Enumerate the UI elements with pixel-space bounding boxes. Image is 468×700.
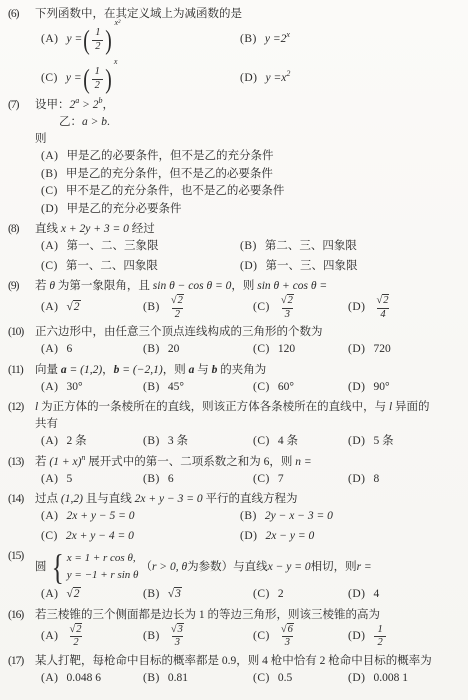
option-content: y = 2x bbox=[265, 31, 290, 49]
option-content: 90° bbox=[373, 379, 389, 397]
sqrt-fraction: √22 bbox=[169, 295, 186, 321]
math-text: y = bbox=[66, 31, 82, 49]
option-content: 4 条 bbox=[278, 433, 298, 451]
text: 经过 bbox=[129, 223, 155, 235]
option-content: 3 条 bbox=[168, 433, 188, 451]
question: (10)正六边形中，由任意三个顶点连线构成的三角形的个数为(A)6(B)20(C… bbox=[8, 324, 462, 359]
fraction-numerator: √3 bbox=[169, 624, 186, 637]
option-label: (D) bbox=[240, 258, 257, 276]
radical-sign-icon: √ bbox=[281, 295, 287, 306]
option-content: 720 bbox=[373, 341, 390, 359]
option-label: (A) bbox=[41, 471, 58, 489]
fraction-denominator: 2 bbox=[92, 79, 103, 93]
text: 0.048 6 bbox=[66, 670, 101, 688]
option: (A)6 bbox=[41, 341, 143, 359]
option: (C)√23 bbox=[253, 295, 348, 321]
fraction-numerator: 1 bbox=[375, 624, 384, 637]
option: (D)甲是乙的充分必要条件 bbox=[41, 201, 462, 219]
radicand: 2 bbox=[287, 294, 294, 306]
question-body: 过点 (1,2) 且与直线 2x + y − 3 = 0 平行的直线方程为(A)… bbox=[35, 491, 462, 545]
option-label: (D) bbox=[240, 70, 257, 88]
question-number: (15) bbox=[8, 548, 35, 604]
option-content: 甲是乙的必要条件，但不是乙的充分条件 bbox=[66, 148, 273, 166]
option: (B)2y − x − 3 = 0 bbox=[240, 508, 462, 526]
power-expression: 2a bbox=[70, 99, 80, 111]
text: 7 bbox=[278, 471, 284, 489]
math-text: 2y − x − 3 = 0 bbox=[265, 508, 333, 526]
option-content: 2 条 bbox=[66, 433, 86, 451]
sqrt-expression: √2 bbox=[376, 294, 389, 306]
sqrt-expression: √3 bbox=[168, 586, 182, 604]
text: 4 bbox=[373, 586, 379, 604]
sqrt-expression: √2 bbox=[66, 586, 80, 604]
math-text: 2x + y − 5 = 0 bbox=[66, 508, 134, 526]
radicand: 2 bbox=[73, 587, 81, 600]
text: 5 条 bbox=[373, 433, 393, 451]
sqrt-fraction: √63 bbox=[279, 624, 296, 650]
sqrt-expression: √3 bbox=[171, 623, 184, 635]
text: 60° bbox=[278, 379, 294, 397]
right-paren-icon: ) bbox=[105, 64, 111, 94]
equation-rows: x = 1 + r cos θ,y = −1 + r sin θ bbox=[67, 550, 139, 584]
power-expression: x2 bbox=[281, 70, 290, 88]
text: 120 bbox=[278, 341, 295, 359]
option-label: (D) bbox=[348, 341, 365, 359]
fraction-numerator: 1 bbox=[93, 27, 102, 40]
options-group: (A)第一、二、三象限(B)第二、三、四象限(C)第一、二、四象限(D)第一、三… bbox=[35, 238, 462, 275]
option-content: √22 bbox=[168, 295, 187, 321]
option-content: 30° bbox=[66, 379, 82, 397]
math-text: x + 2y + 3 = 0 bbox=[61, 223, 129, 235]
option-label: (B) bbox=[143, 299, 160, 317]
math-text: > bbox=[79, 99, 93, 111]
question-number: (9) bbox=[8, 278, 35, 321]
text: 第一、二、三象限 bbox=[66, 238, 158, 256]
fraction-numerator: √2 bbox=[374, 295, 391, 308]
option: (D)8 bbox=[348, 471, 462, 489]
text: 甲是乙的充分条件，但不是乙的必要条件 bbox=[66, 166, 273, 184]
option-label: (A) bbox=[41, 508, 58, 526]
text: 第一、二、四象限 bbox=[66, 258, 158, 276]
text: 0.81 bbox=[168, 670, 188, 688]
text: 45° bbox=[168, 379, 184, 397]
fraction: 12 bbox=[374, 624, 385, 650]
option-content: 45° bbox=[168, 379, 184, 397]
option-label: (D) bbox=[348, 471, 365, 489]
text: 乙： bbox=[59, 116, 82, 128]
option: (C)2 bbox=[253, 586, 348, 604]
question-stem: 若三棱锥的三个侧面都是边长为 1 的等边三角形，则该三棱锥的高为 bbox=[35, 607, 462, 624]
text: 向量 bbox=[35, 364, 61, 376]
question: (13)若 (1 + x)n 展开式中的第一、二项系数之和为 6，则 n =(A… bbox=[8, 454, 462, 489]
question: (16)若三棱锥的三个侧面都是边长为 1 的等边三角形，则该三棱锥的高为(A)√… bbox=[8, 607, 462, 650]
option: (D)720 bbox=[348, 341, 462, 359]
text: 8 bbox=[373, 471, 379, 489]
option-content: 5 bbox=[66, 471, 72, 489]
left-paren-icon: ( bbox=[83, 25, 89, 55]
radical-sign-icon: √ bbox=[171, 295, 177, 306]
text: 第一、三、四象限 bbox=[265, 258, 357, 276]
option-label: (C) bbox=[41, 258, 58, 276]
math-text: sin θ + cos θ = bbox=[257, 280, 327, 292]
sqrt-expression: √2 bbox=[69, 623, 82, 635]
option: (C)120 bbox=[253, 341, 348, 359]
option-label: (D) bbox=[348, 299, 365, 317]
option-content: 0.048 6 bbox=[66, 670, 101, 688]
option-content: 第二、三、四象限 bbox=[265, 238, 357, 256]
question: (11)向量 a = (1,2)，b = (−2,1)，则 a 与 b 的夹角为… bbox=[8, 362, 462, 397]
text: 为正方体的一条棱所在的直线，则该正方体各条棱所在的直线中，与 bbox=[38, 401, 389, 413]
text: 甲是乙的必要条件，但不是乙的充分条件 bbox=[66, 148, 273, 166]
option-label: (B) bbox=[240, 508, 257, 526]
text: 相切，则 bbox=[311, 559, 357, 576]
question-stem: 正六边形中，由任意三个顶点连线构成的三角形的个数为 bbox=[35, 324, 462, 341]
equation-row: y = −1 + r sin θ bbox=[67, 567, 139, 584]
sqrt-expression: √6 bbox=[281, 623, 294, 635]
radical-sign-icon: √ bbox=[66, 588, 72, 600]
math-text: x − y = 0 bbox=[268, 559, 311, 576]
option-content: y = (12)x bbox=[66, 64, 118, 94]
option: (D)90° bbox=[348, 379, 462, 397]
fraction-denominator: 2 bbox=[374, 636, 385, 650]
options-group: (A)√2(B)√22(C)√23(D)√24 bbox=[35, 295, 462, 321]
option: (D)12 bbox=[348, 624, 462, 650]
option: (A)0.048 6 bbox=[41, 670, 143, 688]
option-content: √22 bbox=[66, 624, 85, 650]
option-label: (D) bbox=[348, 670, 365, 688]
radicand: 3 bbox=[177, 623, 184, 635]
text: 与 bbox=[194, 364, 211, 376]
option: (A)30° bbox=[41, 379, 143, 397]
text: 直线 bbox=[35, 223, 61, 235]
radical-sign-icon: √ bbox=[171, 624, 177, 635]
sqrt-expression: √2 bbox=[171, 294, 184, 306]
text: 共有 bbox=[35, 418, 58, 430]
question-number: (17) bbox=[8, 653, 35, 688]
options-group: (A)y = (12)x²(B)y = 2x(C)y = (12)x(D)y =… bbox=[35, 25, 462, 94]
text: ，则 bbox=[163, 364, 189, 376]
option-content: 7 bbox=[278, 471, 284, 489]
fraction-numerator: √2 bbox=[169, 295, 186, 308]
text: 第二、三、四象限 bbox=[265, 238, 357, 256]
text: 2 条 bbox=[66, 433, 86, 451]
text: 5 bbox=[66, 471, 72, 489]
option-label: (D) bbox=[348, 433, 365, 451]
math-text: sin θ − cos θ = 0 bbox=[153, 280, 232, 292]
option-content: 甲是乙的充分条件，但不是乙的必要条件 bbox=[66, 166, 273, 184]
option-label: (D) bbox=[348, 628, 365, 646]
math-text: r > 0, θ bbox=[152, 559, 187, 576]
options-group: (A)30°(B)45°(C)60°(D)90° bbox=[35, 379, 462, 397]
math-text: = (1,2) bbox=[67, 364, 103, 376]
fraction-denominator: 3 bbox=[282, 636, 293, 650]
option: (A)甲是乙的必要条件，但不是乙的充分条件 bbox=[41, 148, 462, 166]
text: 下列函数中，在其定义域上为减函数的是 bbox=[35, 8, 242, 20]
option: (A)√2 bbox=[41, 586, 143, 604]
option-content: y = (12)x² bbox=[66, 25, 120, 55]
option: (C)y = (12)x bbox=[41, 64, 240, 94]
options-group: (A)5(B)6(C)7(D)8 bbox=[35, 471, 462, 489]
option-label: (B) bbox=[41, 166, 58, 184]
text: 2 bbox=[278, 586, 284, 604]
text: 20 bbox=[168, 341, 180, 359]
question-body: 若 (1 + x)n 展开式中的第一、二项系数之和为 6，则 n =(A)5(B… bbox=[35, 454, 462, 489]
option-content: 第一、三、四象限 bbox=[265, 258, 357, 276]
fraction-numerator: √2 bbox=[279, 295, 296, 308]
power-exponent: 2 bbox=[286, 69, 290, 78]
text: 的夹角为 bbox=[217, 364, 266, 376]
option: (C)2x + y − 4 = 0 bbox=[41, 528, 240, 546]
option-label: (B) bbox=[143, 341, 160, 359]
option-label: (B) bbox=[143, 379, 160, 397]
sqrt-expression: √2 bbox=[281, 294, 294, 306]
option-label: (C) bbox=[253, 433, 270, 451]
text: 平行的直线方程为 bbox=[203, 493, 298, 505]
option: (A)√2 bbox=[41, 299, 143, 317]
question-number: (12) bbox=[8, 399, 35, 451]
sqrt-fraction: √24 bbox=[374, 295, 391, 321]
option: (A)5 bbox=[41, 471, 143, 489]
question-stem: 过点 (1,2) 且与直线 2x + y − 3 = 0 平行的直线方程为 bbox=[35, 491, 462, 508]
question-stem: 圆 {x = 1 + r cos θ,y = −1 + r sin θ（r > … bbox=[35, 548, 462, 586]
sqrt-fraction: √23 bbox=[279, 295, 296, 321]
question-body: 设甲：2a > 2b，乙：a > b.则(A)甲是乙的必要条件，但不是乙的充分条… bbox=[35, 97, 462, 218]
text: 为参数）与直线 bbox=[187, 559, 268, 576]
option: (B)√3 bbox=[143, 586, 253, 604]
math-text: (1,2) bbox=[61, 493, 83, 505]
option: (D)2x − y = 0 bbox=[240, 528, 462, 546]
math-text: a > b bbox=[82, 116, 107, 128]
option-content: 第一、二、四象限 bbox=[66, 258, 158, 276]
option-label: (C) bbox=[253, 586, 270, 604]
question-stem: 向量 a = (1,2)，b = (−2,1)，则 a 与 b 的夹角为 bbox=[35, 362, 462, 379]
question-body: 直线 x + 2y + 3 = 0 经过(A)第一、二、三象限(B)第二、三、四… bbox=[35, 221, 462, 275]
question-number: (6) bbox=[8, 6, 35, 94]
option: (D)y = x2 bbox=[240, 64, 462, 94]
question-stem: 共有 bbox=[35, 416, 462, 433]
option-content: 12 bbox=[373, 624, 386, 650]
text: 过点 bbox=[35, 493, 61, 505]
text: 且与直线 bbox=[83, 493, 135, 505]
text: . bbox=[107, 116, 110, 128]
option-content: 6 bbox=[168, 471, 174, 489]
option-label: (C) bbox=[253, 471, 270, 489]
option-label: (B) bbox=[143, 628, 160, 646]
option-label: (C) bbox=[41, 528, 58, 546]
question-number: (8) bbox=[8, 221, 35, 275]
radicand: 6 bbox=[287, 623, 294, 635]
option: (B)甲是乙的充分条件，但不是乙的必要条件 bbox=[41, 166, 462, 184]
fraction: 12 bbox=[92, 27, 103, 53]
radical-sign-icon: √ bbox=[281, 624, 287, 635]
option-content: 2x − y = 0 bbox=[265, 528, 314, 546]
text: ， bbox=[103, 99, 115, 111]
option-label: (A) bbox=[41, 31, 58, 49]
parametric-equations: {x = 1 + r cos θ,y = −1 + r sin θ bbox=[49, 550, 139, 584]
radicand: 3 bbox=[174, 587, 182, 600]
options-group: (A)2 条(B)3 条(C)4 条(D)5 条 bbox=[35, 433, 462, 451]
option-label: (C) bbox=[253, 628, 270, 646]
question-number: (10) bbox=[8, 324, 35, 359]
option: (B)y = 2x bbox=[240, 25, 462, 55]
text: ， bbox=[102, 364, 114, 376]
question-number: (11) bbox=[8, 362, 35, 397]
question-stem: 某人打靶，每枪命中目标的概率都是 0.9，则 4 枪中恰有 2 枪命中目标的概率… bbox=[35, 653, 462, 670]
text: 某人打靶，每枪命中目标的概率都是 0.9，则 4 枪中恰有 2 枪命中目标的概率… bbox=[35, 655, 432, 667]
text: 90° bbox=[373, 379, 389, 397]
option-content: 5 条 bbox=[373, 433, 393, 451]
text: 0.008 1 bbox=[373, 670, 408, 688]
text: 720 bbox=[373, 341, 390, 359]
option: (D)4 bbox=[348, 586, 462, 604]
question-stem: 直线 x + 2y + 3 = 0 经过 bbox=[35, 221, 462, 238]
radicand: 2 bbox=[177, 294, 184, 306]
option-label: (B) bbox=[143, 433, 160, 451]
options-group: (A)6(B)20(C)120(D)720 bbox=[35, 341, 462, 359]
option: (A)√22 bbox=[41, 624, 143, 650]
option-label: (B) bbox=[240, 238, 257, 256]
text: 正六边形中，由任意三个顶点连线构成的三角形的个数为 bbox=[35, 326, 323, 338]
option-content: 120 bbox=[278, 341, 295, 359]
option-label: (D) bbox=[348, 379, 365, 397]
fraction-numerator: √2 bbox=[67, 624, 84, 637]
option-content: 0.008 1 bbox=[373, 670, 408, 688]
option: (A)2x + y − 5 = 0 bbox=[41, 508, 240, 526]
option-content: 0.5 bbox=[278, 670, 292, 688]
math-text: y = bbox=[66, 70, 82, 88]
option: (D)0.008 1 bbox=[348, 670, 462, 688]
option: (B)√22 bbox=[143, 295, 253, 321]
option-label: (B) bbox=[240, 31, 257, 49]
question-stem: 则 bbox=[35, 131, 462, 148]
option-label: (C) bbox=[253, 341, 270, 359]
option: (B)0.81 bbox=[143, 670, 253, 688]
option-content: 甲是乙的充分必要条件 bbox=[66, 201, 181, 219]
sqrt-expression: √2 bbox=[66, 299, 80, 317]
radical-sign-icon: √ bbox=[66, 301, 72, 313]
fraction-denominator: 2 bbox=[172, 308, 183, 322]
option-content: √3 bbox=[168, 586, 182, 604]
option: (A)2 条 bbox=[41, 433, 143, 451]
power-expression: (1 + x)n bbox=[49, 456, 85, 468]
option-label: (D) bbox=[240, 528, 257, 546]
option: (C)甲不是乙的充分条件，也不是乙的必要条件 bbox=[41, 183, 462, 201]
question: (12)l 为正方体的一条棱所在的直线，则该正方体各条棱所在的直线中，与 l 异… bbox=[8, 399, 462, 451]
option-label: (B) bbox=[143, 586, 160, 604]
question: (9)若 θ 为第一象限角，且 sin θ − cos θ = 0，则 sin … bbox=[8, 278, 462, 321]
math-text: 2x − y = 0 bbox=[265, 528, 314, 546]
option: (C)√63 bbox=[253, 624, 348, 650]
option-content: √63 bbox=[278, 624, 297, 650]
question-body: 圆 {x = 1 + r cos θ,y = −1 + r sin θ（r > … bbox=[35, 548, 462, 604]
option-label: (C) bbox=[41, 70, 58, 88]
option-content: 4 bbox=[373, 586, 379, 604]
option-content: √23 bbox=[278, 295, 297, 321]
radicand: 2 bbox=[75, 623, 82, 635]
question-body: 若三棱锥的三个侧面都是边长为 1 的等边三角形，则该三棱锥的高为(A)√22(B… bbox=[35, 607, 462, 650]
exam-page: (6)下列函数中，在其定义域上为减函数的是(A)y = (12)x²(B)y =… bbox=[0, 0, 468, 687]
option: (C)7 bbox=[253, 471, 348, 489]
option-label: (A) bbox=[41, 379, 58, 397]
text: 异面的 bbox=[392, 401, 429, 413]
text: 3 条 bbox=[168, 433, 188, 451]
text: 若三棱锥的三个侧面都是边长为 1 的等边三角形，则该三棱锥的高为 bbox=[35, 609, 380, 621]
option: (B)√33 bbox=[143, 624, 253, 650]
question-number: (7) bbox=[8, 97, 35, 218]
power-exponent: x bbox=[286, 30, 290, 39]
option-content: y = x2 bbox=[265, 70, 290, 88]
fraction-denominator: 3 bbox=[172, 636, 183, 650]
question-stem: 下列函数中，在其定义域上为减函数的是 bbox=[35, 6, 462, 23]
option-label: (D) bbox=[348, 586, 365, 604]
question-stem: 若 θ 为第一象限角，且 sin θ − cos θ = 0，则 sin θ +… bbox=[35, 278, 462, 295]
question-body: 向量 a = (1,2)，b = (−2,1)，则 a 与 b 的夹角为(A)3… bbox=[35, 362, 462, 397]
option: (C)第一、二、四象限 bbox=[41, 258, 240, 276]
math-text: y = bbox=[265, 31, 281, 49]
option-label: (A) bbox=[41, 299, 58, 317]
options-group: (A)√2(B)√3(C)2(D)4 bbox=[35, 586, 462, 604]
question: (8)直线 x + 2y + 3 = 0 经过(A)第一、二、三象限(B)第二、… bbox=[8, 221, 462, 275]
option-content: 6 bbox=[66, 341, 72, 359]
option-content: 2y − x − 3 = 0 bbox=[265, 508, 333, 526]
question-body: 某人打靶，每枪命中目标的概率都是 0.9，则 4 枪中恰有 2 枪命中目标的概率… bbox=[35, 653, 462, 688]
fraction-denominator: 2 bbox=[92, 40, 103, 54]
math-text: n = bbox=[295, 456, 311, 468]
option: (C)60° bbox=[253, 379, 348, 397]
option-label: (C) bbox=[253, 670, 270, 688]
option-content: 2x + y − 5 = 0 bbox=[66, 508, 134, 526]
radicand: 2 bbox=[73, 300, 81, 313]
question-number: (13) bbox=[8, 454, 35, 489]
fraction-denominator: 4 bbox=[377, 308, 388, 322]
option-content: 0.81 bbox=[168, 670, 188, 688]
text: 6 bbox=[66, 341, 72, 359]
equation-row: x = 1 + r cos θ, bbox=[67, 550, 139, 567]
question-body: 下列函数中，在其定义域上为减函数的是(A)y = (12)x²(B)y = 2x… bbox=[35, 6, 462, 94]
power-base: (1 + x) bbox=[49, 456, 81, 468]
option: (C)4 条 bbox=[253, 433, 348, 451]
option-content: √2 bbox=[66, 586, 80, 604]
option: (B)3 条 bbox=[143, 433, 253, 451]
fraction: 12 bbox=[92, 66, 103, 92]
option: (B)第二、三、四象限 bbox=[240, 238, 462, 256]
question-number: (16) bbox=[8, 607, 35, 650]
option-content: 第一、二、三象限 bbox=[66, 238, 158, 256]
option-content: 20 bbox=[168, 341, 180, 359]
option-label: (A) bbox=[41, 341, 58, 359]
option-label: (B) bbox=[143, 670, 160, 688]
option: (D)第一、三、四象限 bbox=[240, 258, 462, 276]
option-label: (C) bbox=[253, 379, 270, 397]
question-stem: 乙：a > b. bbox=[35, 114, 462, 131]
question: (14)过点 (1,2) 且与直线 2x + y − 3 = 0 平行的直线方程… bbox=[8, 491, 462, 545]
option-label: (B) bbox=[143, 471, 160, 489]
options-group: (A)2x + y − 5 = 0(B)2y − x − 3 = 0(C)2x … bbox=[35, 508, 462, 545]
power-expression: 2x bbox=[281, 31, 290, 49]
math-text: 2x + y − 3 = 0 bbox=[135, 493, 203, 505]
text: 若 bbox=[35, 456, 49, 468]
text: 圆 bbox=[35, 559, 47, 576]
left-brace-icon: { bbox=[51, 550, 63, 584]
right-paren-icon: ) bbox=[106, 25, 112, 55]
question: (15)圆 {x = 1 + r cos θ,y = −1 + r sin θ（… bbox=[8, 548, 462, 604]
text: 设甲： bbox=[35, 99, 70, 111]
math-text: = (−2,1) bbox=[119, 364, 162, 376]
fraction-denominator: 2 bbox=[70, 636, 81, 650]
option-label: (C) bbox=[253, 299, 270, 317]
option-content: 2 bbox=[278, 586, 284, 604]
question-body: 正六边形中，由任意三个顶点连线构成的三角形的个数为(A)6(B)20(C)120… bbox=[35, 324, 462, 359]
